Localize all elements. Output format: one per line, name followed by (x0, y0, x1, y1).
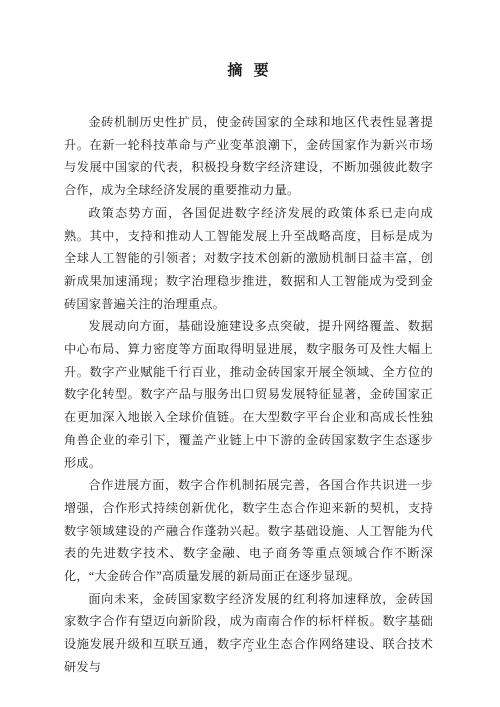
paragraph-1: 金砖机制历史性扩员，使金砖国家的全球和地区代表性显著提升。在新一轮科技革命与产业… (64, 111, 433, 202)
paragraph-3: 发展动向方面，基础设施建设多点突破，提升网络覆盖、数据中心布局、算力密度等方面取… (64, 315, 433, 474)
abstract-body: 金砖机制历史性扩员，使金砖国家的全球和地区代表性显著提升。在新一轮科技革命与产业… (64, 111, 433, 679)
paragraph-4: 合作进展方面，数字合作机制拓展完善，各国合作共识进一步增强，合作形式持续创新优化… (64, 474, 433, 588)
document-page: 摘 要 金砖机制历史性扩员，使金砖国家的全球和地区代表性显著提升。在新一轮科技革… (0, 0, 500, 707)
paragraph-5: 面向未来，金砖国家数字经济发展的红利将加速释放，金砖国家数字合作有望迈向新阶段，… (64, 588, 433, 679)
paragraph-2: 政策态势方面，各国促进数字经济发展的政策体系已走向成熟。其中，支持和推动人工智能… (64, 202, 433, 316)
page-number: 5 (0, 644, 500, 654)
page-title: 摘 要 (64, 62, 433, 80)
